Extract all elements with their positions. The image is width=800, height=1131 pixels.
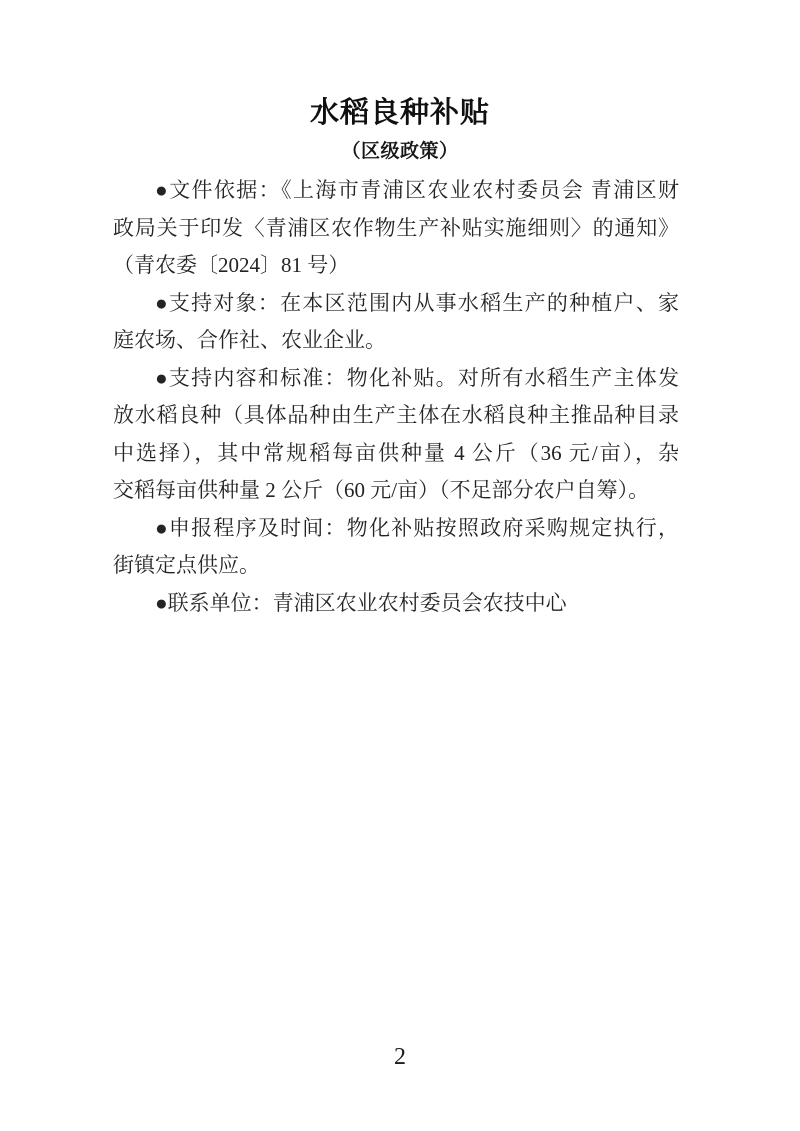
page-number: 2 <box>0 1044 800 1071</box>
paragraph: ●申报程序及时间：物化补贴按照政府采购规定执行，街镇定点供应。 <box>113 510 679 585</box>
text-line: ●联系单位：青浦区农业农村委员会农技中心 <box>113 585 679 623</box>
text-line: 街镇定点供应。 <box>113 547 679 585</box>
text-line: （青农委〔2024〕81 号） <box>113 247 679 285</box>
text-line: ●支持内容和标准：物化补贴。对所有水稻生产主体发 <box>113 360 679 398</box>
page-subtitle: （区级政策） <box>0 136 800 163</box>
paragraph: ●文件依据：《上海市青浦区农业农村委员会 青浦区财政局关于印发〈青浦区农作物生产… <box>113 172 679 285</box>
text-line: ●支持对象：在本区范围内从事水稻生产的种植户、家 <box>113 285 679 323</box>
text-line: 政局关于印发〈青浦区农作物生产补贴实施细则〉的通知》 <box>113 210 679 248</box>
text-line: 放水稻良种（具体品种由生产主体在水稻良种主推品种目录 <box>113 397 679 435</box>
document-page: 水稻良种补贴 （区级政策） ●文件依据：《上海市青浦区农业农村委员会 青浦区财政… <box>0 0 800 1131</box>
text-line: 庭农场、合作社、农业企业。 <box>113 322 679 360</box>
text-line: ●申报程序及时间：物化补贴按照政府采购规定执行， <box>113 510 679 548</box>
paragraph: ●支持对象：在本区范围内从事水稻生产的种植户、家庭农场、合作社、农业企业。 <box>113 285 679 360</box>
text-line: 交稻每亩供种量 2 公斤（60 元/亩）（不足部分农户自筹）。 <box>113 472 679 510</box>
paragraph: ●联系单位：青浦区农业农村委员会农技中心 <box>113 585 679 623</box>
document-body: ●文件依据：《上海市青浦区农业农村委员会 青浦区财政局关于印发〈青浦区农作物生产… <box>113 172 679 622</box>
page-title: 水稻良种补贴 <box>0 90 800 131</box>
paragraph: ●支持内容和标准：物化补贴。对所有水稻生产主体发放水稻良种（具体品种由生产主体在… <box>113 360 679 510</box>
text-line: ●文件依据：《上海市青浦区农业农村委员会 青浦区财 <box>113 172 679 210</box>
text-line: 中选择），其中常规稻每亩供种量 4 公斤（36 元/亩），杂 <box>113 435 679 473</box>
